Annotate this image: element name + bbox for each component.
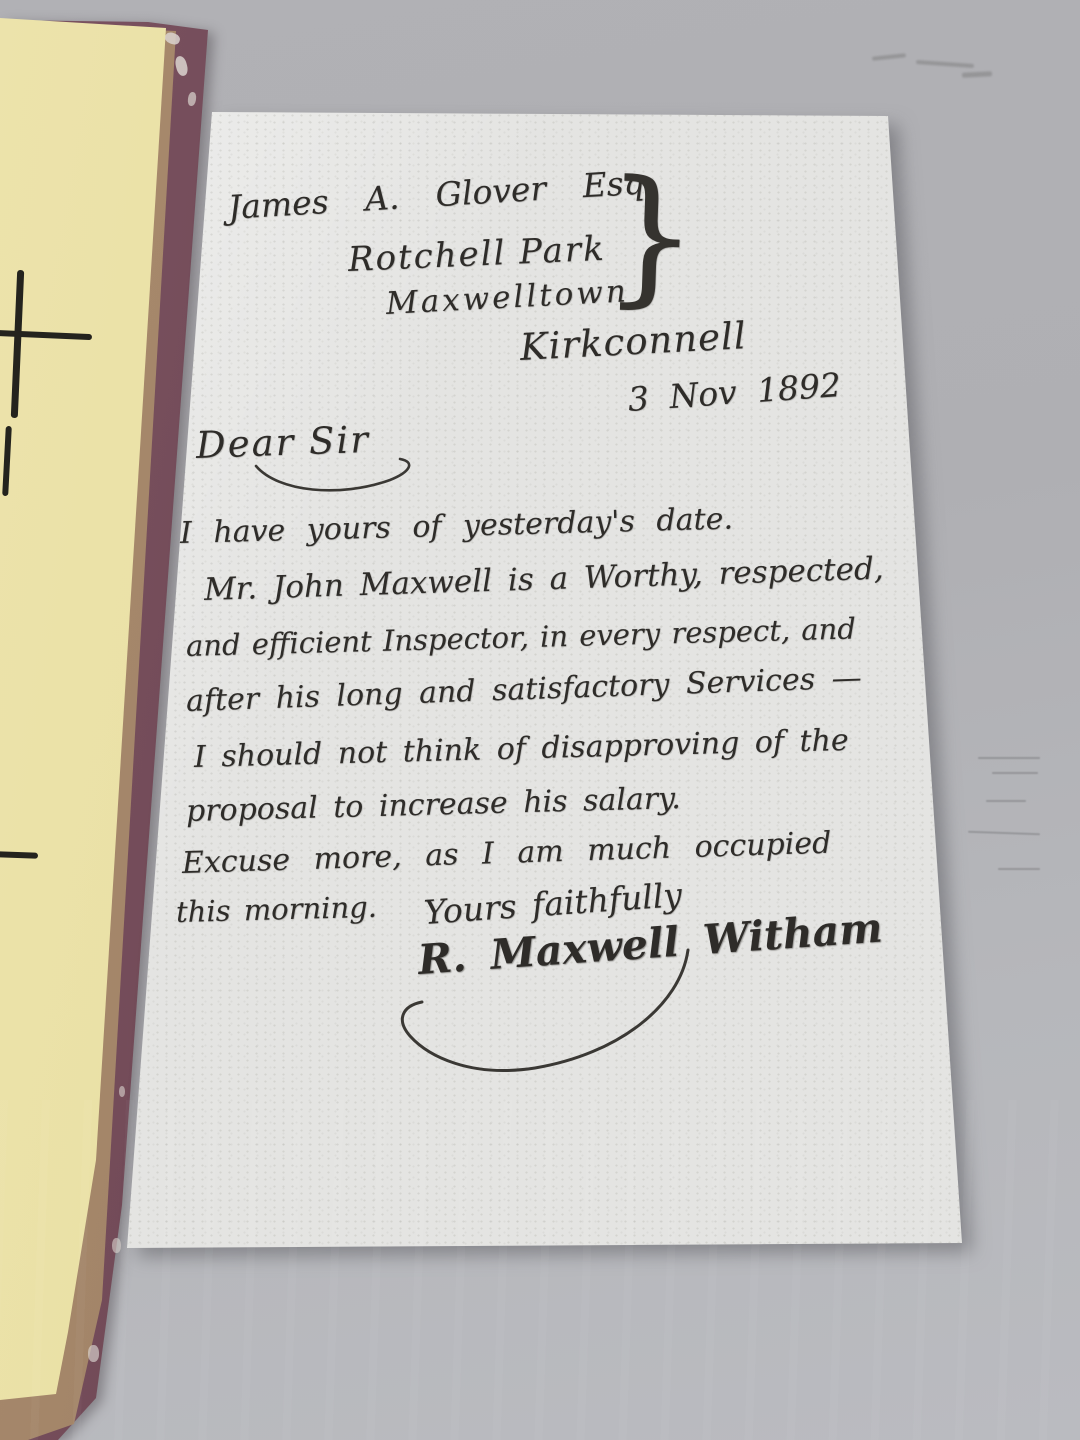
handwriting-layer: James A. Glover Esq } Rotchell Park Maxw… <box>0 0 1080 1440</box>
photograph-of-letter: James A. Glover Esq } Rotchell Park Maxw… <box>0 0 1080 1440</box>
signature-flourish <box>350 928 910 1098</box>
body-line-7: Excuse more, as I am much occupied <box>181 826 831 881</box>
body-line-6: proposal to increase his salary. <box>186 781 682 829</box>
addressee-name: James A. Glover Esq <box>227 163 646 227</box>
address-line-2: Rotchell Park <box>347 229 606 280</box>
date-line: 3 Nov 1892 <box>627 365 843 419</box>
body-line-8: this morning. <box>176 890 378 929</box>
body-line-5: I should not think of disapproving of th… <box>194 723 850 775</box>
salutation-flourish <box>248 452 448 500</box>
background-scratch <box>986 800 1026 802</box>
body-line-3: and efficient Inspector, in every respec… <box>186 611 857 663</box>
address-line-3: Maxwelltown <box>385 273 630 322</box>
background-scratch <box>998 868 1040 870</box>
background-scratch <box>978 757 1040 759</box>
body-line-1: I have yours of yesterday's date. <box>180 502 734 551</box>
place-line: Kirkconnell <box>519 314 748 369</box>
body-line-2: Mr. John Maxwell is a Worthy, respected, <box>203 551 884 608</box>
background-scratch <box>992 772 1038 774</box>
body-line-4: after his long and satisfactory Services… <box>185 660 862 719</box>
